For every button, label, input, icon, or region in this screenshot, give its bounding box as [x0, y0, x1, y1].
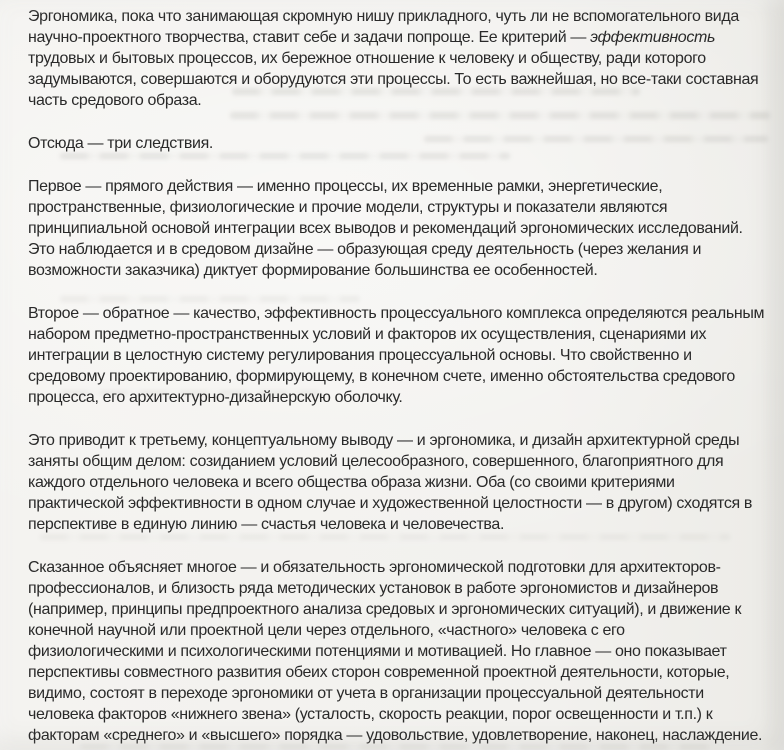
text-line: конечной научной или проектной цели чере… — [28, 620, 772, 641]
text-run: Отсюда — три следствия. — [28, 135, 213, 152]
text-run: Это наблюдается и в средовом дизайне — о… — [28, 241, 701, 258]
text-line: Это наблюдается и в средовом дизайне — о… — [28, 239, 772, 260]
text-line: перспективе в единую линию — счастья чел… — [28, 514, 772, 535]
text-run: задумываются, совершаются и оборудуются … — [28, 71, 758, 88]
text-line: видимо, состоят в переходе эргономики от… — [28, 683, 772, 704]
text-run: Второе — обратное — качество, эффективно… — [28, 305, 764, 322]
text-line: заняты общим делом: созиданием условий ц… — [28, 451, 772, 472]
text-run: Первое — прямого действия — именно проце… — [28, 178, 662, 195]
text-run: профессионалов, и близость ряда методиче… — [28, 580, 718, 597]
text-run: конечной научной или проектной цели чере… — [28, 622, 625, 639]
text-line: часть средового образа. — [28, 90, 772, 111]
paragraph-5: Это приводит к третьему, концептуальному… — [28, 430, 772, 535]
text-line: процесса, его архитектурно-дизайнерскую … — [28, 387, 772, 408]
text-run: Это приводит к третьему, концептуальному… — [28, 432, 739, 449]
text-run: перспективе в единую линию — счастья чел… — [28, 516, 504, 533]
text-run: интеграции в целостную систему регулиров… — [28, 347, 692, 364]
text-line: практической эффективности в одном случа… — [28, 493, 772, 514]
text-run: каждого отдельного человека и всего обще… — [28, 474, 675, 491]
text-line: профессионалов, и близость ряда методиче… — [28, 578, 772, 599]
text-line: Отсюда — три следствия. — [28, 133, 772, 154]
text-line: средовому проектированию, формирующему, … — [28, 366, 772, 387]
text-run: процесса, его архитектурно-дизайнерскую … — [28, 389, 403, 406]
text-line: возможности заказчика) диктует формирова… — [28, 260, 772, 281]
text-run: факторам «среднего» и «высшего» порядка … — [28, 727, 762, 744]
text-run: принципиальной основой интеграции всех в… — [28, 220, 743, 237]
text-run: Сказанное объясняет многое — и обязатель… — [28, 559, 721, 576]
text-line: Второе — обратное — качество, эффективно… — [28, 303, 772, 324]
text-line: Эргономика, пока что занимающая скромную… — [28, 6, 772, 27]
text-line: пространственные, физиологические и проч… — [28, 197, 772, 218]
scanned-page: Эргономика, пока что занимающая скромную… — [0, 0, 784, 750]
text-run: часть средового образа. — [28, 92, 201, 109]
text-line: человека факторов «нижнего звена» (устал… — [28, 704, 772, 725]
text-run: средовому проектированию, формирующему, … — [28, 368, 735, 385]
text-run: практической эффективности в одном случа… — [28, 495, 752, 512]
italic-text-run: эффективность — [590, 29, 715, 46]
text-run: Эргономика, пока что занимающая скромную… — [28, 8, 739, 25]
text-run: возможности заказчика) диктует формирова… — [28, 262, 598, 279]
text-line: Это приводит к третьему, концептуальному… — [28, 430, 772, 451]
text-run: научно-проектного творчества, ставит себ… — [28, 29, 590, 46]
text-run: видимо, состоят в переходе эргономики от… — [28, 685, 704, 702]
text-line: перспективы совместного развития обеих с… — [28, 662, 772, 683]
text-run: (например, принципы предпроектного анали… — [28, 601, 741, 618]
paragraph-2: Отсюда — три следствия. — [28, 133, 772, 154]
paragraph-3: Первое — прямого действия — именно проце… — [28, 176, 772, 281]
text-run: заняты общим делом: созиданием условий ц… — [28, 453, 723, 470]
text-line: физиологическими и психологическими поте… — [28, 641, 772, 662]
text-line: (например, принципы предпроектного анали… — [28, 599, 772, 620]
text-line: задумываются, совершаются и оборудуются … — [28, 69, 772, 90]
text-line: принципиальной основой интеграции всех в… — [28, 218, 772, 239]
text-run: пространственные, физиологические и проч… — [28, 199, 667, 216]
text-run: перспективы совместного развития обеих с… — [28, 664, 729, 681]
text-line: Сказанное объясняет многое — и обязатель… — [28, 557, 772, 578]
paragraph-1: Эргономика, пока что занимающая скромную… — [28, 6, 772, 111]
paragraph-4: Второе — обратное — качество, эффективно… — [28, 303, 772, 408]
text-run: человека факторов «нижнего звена» (устал… — [28, 706, 712, 723]
text-line: набором предметно-пространственных услов… — [28, 324, 772, 345]
text-line: научно-проектного творчества, ставит себ… — [28, 27, 772, 48]
text-run: трудовых и бытовых процессов, их бережно… — [28, 50, 706, 67]
text-line: каждого отдельного человека и всего обще… — [28, 472, 772, 493]
text-run: физиологическими и психологическими поте… — [28, 643, 727, 660]
text-line: интеграции в целостную систему регулиров… — [28, 345, 772, 366]
text-line: Первое — прямого действия — именно проце… — [28, 176, 772, 197]
text-line: трудовых и бытовых процессов, их бережно… — [28, 48, 772, 69]
text-line: факторам «среднего» и «высшего» порядка … — [28, 725, 772, 746]
text-run: набором предметно-пространственных услов… — [28, 326, 706, 343]
paragraph-6: Сказанное объясняет многое — и обязатель… — [28, 557, 772, 746]
